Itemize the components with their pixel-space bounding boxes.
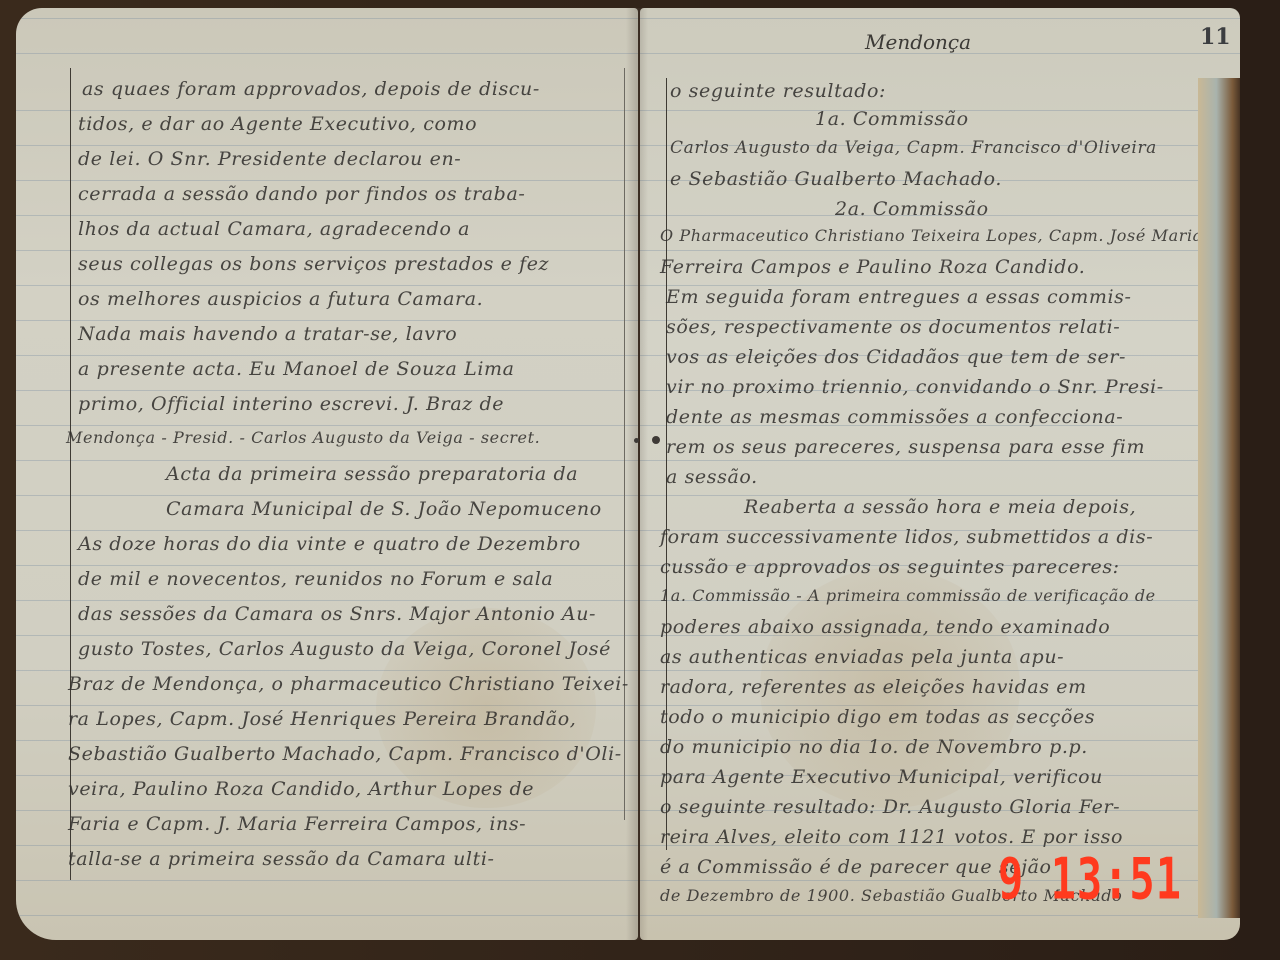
text-line: 1a. Commissão - A primeira commissão de … [660, 586, 1156, 605]
text-line: é a Commissão é de parecer que sejão [660, 856, 1052, 878]
text-line: Reaberta a sessão hora e meia depois, [744, 496, 1136, 518]
text-line: rem os seus pareceres, suspensa para ess… [666, 436, 1145, 458]
text-line: para Agente Executivo Municipal, verific… [660, 766, 1103, 788]
text-line: veira, Paulino Roza Candido, Arthur Lope… [68, 778, 534, 800]
text-line: Em seguida foram entregues a essas commi… [666, 286, 1132, 308]
book-gutter [626, 8, 648, 940]
commission-heading: 2a. Commissão [835, 198, 989, 220]
signature-line: Mendonça - Presid. - Carlos Augusto da V… [66, 428, 540, 447]
text-line: As doze horas do dia vinte e quatro de D… [78, 533, 581, 555]
text-line: talla-se a primeira sessão da Camara ult… [68, 848, 495, 870]
text-line: dente as mesmas commissões a confecciona… [666, 406, 1123, 428]
page-number: 11 [1200, 24, 1231, 50]
text-line: Faria e Capm. J. Maria Ferreira Campos, … [68, 813, 526, 835]
text-line: vos as eleições dos Cidadãos que tem de … [666, 346, 1126, 368]
text-line: as quaes foram approvados, depois de dis… [82, 78, 540, 100]
text-line: do municipio no dia 1o. de Novembro p.p. [660, 736, 1088, 758]
text-line: Ferreira Campos e Paulino Roza Candido. [660, 256, 1085, 278]
text-line: de lei. O Snr. Presidente declarou en- [78, 148, 461, 170]
text-line: ra Lopes, Capm. José Henriques Pereira B… [68, 708, 576, 730]
text-line: a presente acta. Eu Manoel de Souza Lima [78, 358, 515, 380]
right-page: Mendonça 11 o seguinte resultado: 1a. Co… [640, 8, 1240, 940]
text-line: Braz de Mendonça, o pharmaceutico Christ… [68, 673, 629, 695]
text-line: lhos da actual Camara, agradecendo a [78, 218, 470, 240]
text-line: o seguinte resultado: Dr. Augusto Gloria… [660, 796, 1120, 818]
text-line: todo o municipio digo em todas as secçõe… [660, 706, 1095, 728]
binding-hole [652, 436, 660, 444]
text-line: a sessão. [666, 466, 758, 488]
text-line: Carlos Augusto da Veiga, Capm. Francisco… [670, 138, 1157, 158]
right-margin-line [624, 68, 625, 820]
text-line: o seguinte resultado: [670, 80, 886, 102]
left-margin-line [666, 78, 667, 850]
text-line: gusto Tostes, Carlos Augusto da Veiga, C… [78, 638, 611, 660]
text-line: os melhores auspicios a futura Camara. [78, 288, 483, 310]
text-line: poderes abaixo assignada, tendo examinad… [660, 616, 1110, 638]
text-line: vir no proximo triennio, convidando o Sn… [666, 376, 1164, 398]
worn-page-edge [1198, 78, 1240, 918]
commission-heading: 1a. Commissão [815, 108, 969, 130]
text-line: das sessões da Camara os Snrs. Major Ant… [78, 603, 596, 625]
text-line: Nada mais havendo a tratar-se, lavro [78, 323, 457, 345]
ledger-photo: as quaes foram approvados, depois de dis… [0, 0, 1280, 960]
text-line: cussão e approvados os seguintes parecer… [660, 556, 1120, 578]
text-line: seus collegas os bons serviços prestados… [78, 253, 549, 275]
text-line: radora, referentes as eleições havidas e… [660, 676, 1087, 698]
text-line: as authenticas enviadas pela junta apu- [660, 646, 1064, 668]
text-line: cerrada a sessão dando por findos os tra… [78, 183, 525, 205]
text-line: O Pharmaceutico Christiano Teixeira Lope… [660, 226, 1203, 245]
text-line: sões, respectivamente os documentos rela… [666, 316, 1120, 338]
text-line: e Sebastião Gualberto Machado. [670, 168, 1002, 190]
left-page: as quaes foram approvados, depois de dis… [16, 8, 638, 940]
minutes-title: Camara Municipal de S. João Nepomuceno [166, 498, 602, 520]
page-header: Mendonça [865, 30, 971, 54]
text-line: de mil e novecentos, reunidos no Forum e… [78, 568, 553, 590]
text-line: tidos, e dar ao Agente Executivo, como [78, 113, 477, 135]
text-line: Sebastião Gualberto Machado, Capm. Franc… [68, 743, 622, 765]
binding-hole [634, 438, 639, 443]
text-line: primo, Official interino escrevi. J. Bra… [78, 393, 504, 415]
minutes-title: Acta da primeira sessão preparatoria da [166, 463, 578, 485]
camera-timestamp: 9 13:51 [998, 846, 1182, 912]
text-line: reira Alves, eleito com 1121 votos. E po… [660, 826, 1123, 848]
text-line: foram successivamente lidos, submettidos… [660, 526, 1153, 548]
